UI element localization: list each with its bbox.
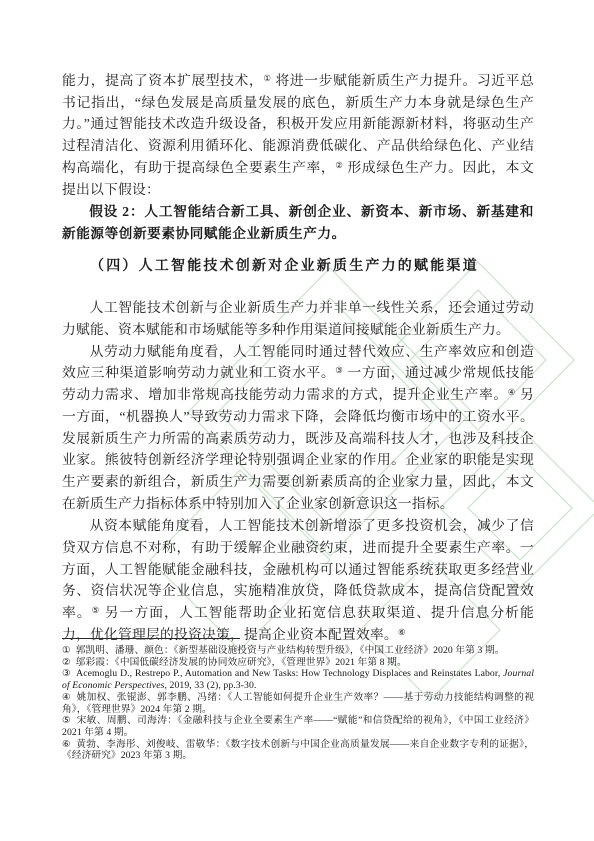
footnote-marker: ⑤ bbox=[62, 715, 71, 726]
footnote-ref-4: ④ bbox=[508, 387, 516, 397]
footnote-ref-1: ① bbox=[263, 73, 271, 83]
paragraph-text: 另一方面，“机器换人”导致劳动力需求下降，会降低均衡市场中的工资水平。发展新质生… bbox=[62, 387, 534, 511]
document-page: 能力，提高了资本扩展型技术，① 将进一步赋能新质生产力提升。习近平总书记指出，“… bbox=[0, 0, 594, 841]
footnotes-section: ① 郭凯明、潘珊、颜色：《新型基础设施投资与产业结构转型升级》，《中国工业经济》… bbox=[62, 638, 534, 762]
footnote-ref-6: ⑥ bbox=[398, 627, 406, 637]
footnote-text: , 2019, 33 (2), pp.3-30. bbox=[164, 680, 256, 691]
footnote-item-2: ② 邬彩霞：《中国低碳经济发展的协同效应研究》，《管理世界》2021 年第 8 … bbox=[62, 657, 534, 669]
footnote-item-6: ⑥ 黄勃、李海彤、刘俊岐、雷敬华：《数字技术创新与中国企业高质量发展——来自企业… bbox=[62, 739, 534, 762]
hypothesis-2: 假设 2：人工智能结合新工具、新创企业、新资本、新市场、新基建和新能源等创新要素… bbox=[62, 201, 534, 244]
footnote-text: 宋敏、周鹏、司海涛：《金融科技与企业全要素生产率——“赋能”和信贷配给的视角》，… bbox=[62, 715, 534, 738]
footnote-marker: ① bbox=[62, 645, 71, 656]
paragraph-text: 另一方面，人工智能帮助企业拓宽信息获取渠道、提升信息分析能力，优化管理层的投资决… bbox=[62, 605, 534, 642]
footnote-marker: ④ bbox=[62, 692, 71, 703]
footnote-item-3: ③ Acemoglu D., Restrepo P., Automation a… bbox=[62, 668, 534, 691]
footnote-item-4: ④ 姚加权、张锟澎、郭李鹏、冯绪：《人工智能如何提升企业生产效率？——基于劳动力… bbox=[62, 692, 534, 715]
footnote-separator bbox=[62, 638, 240, 639]
footnote-marker: ② bbox=[62, 657, 71, 668]
page-body: 能力，提高了资本扩展型技术，① 将进一步赋能新质生产力提升。习近平总书记指出，“… bbox=[62, 70, 534, 646]
footnote-item-5: ⑤ 宋敏、周鹏、司海涛：《金融科技与企业全要素生产率——“赋能”和信贷配给的视角… bbox=[62, 715, 534, 738]
footnote-text: 黄勃、李海彤、刘俊岐、雷敬华：《数字技术创新与中国企业高质量发展——来自企业数字… bbox=[62, 739, 534, 762]
footnote-item-1: ① 郭凯明、潘珊、颜色：《新型基础设施投资与产业结构转型升级》，《中国工业经济》… bbox=[62, 645, 534, 657]
footnote-text: 郭凯明、潘珊、颜色：《新型基础设施投资与产业结构转型升级》，《中国工业经济》20… bbox=[76, 645, 505, 656]
footnote-text: 邬彩霞：《中国低碳经济发展的协同效应研究》，《管理世界》2021 年第 8 期。 bbox=[76, 657, 407, 668]
footnote-text: 姚加权、张锟澎、郭李鹏、冯绪：《人工智能如何提升企业生产效率？——基于劳动力技能… bbox=[62, 692, 534, 715]
paragraph-capital-channel: 从资本赋能角度看，人工智能技术创新增添了更多投资机会，减少了信贷双方信息不对称，… bbox=[62, 515, 534, 645]
footnote-text: Acemoglu D., Restrepo P., Automation and… bbox=[76, 668, 503, 679]
paragraph-continued: 能力，提高了资本扩展型技术，① 将进一步赋能新质生产力提升。习近平总书记指出，“… bbox=[62, 70, 534, 200]
paragraph-labor-channel: 从劳动力赋能角度看，人工智能同时通过替代效应、生产率效应和创造效应三种渠道影响劳… bbox=[62, 341, 534, 515]
footnote-marker: ⑥ bbox=[62, 739, 71, 750]
section-heading-4: （四）人工智能技术创新对企业新质生产力的赋能渠道 bbox=[62, 256, 534, 278]
footnote-marker: ③ bbox=[62, 668, 71, 679]
paragraph-channels-intro: 人工智能技术创新与企业新质生产力并非单一线性关系，还会通过劳动力赋能、资本赋能和… bbox=[62, 297, 534, 340]
paragraph-text: 能力，提高了资本扩展型技术， bbox=[62, 73, 263, 88]
